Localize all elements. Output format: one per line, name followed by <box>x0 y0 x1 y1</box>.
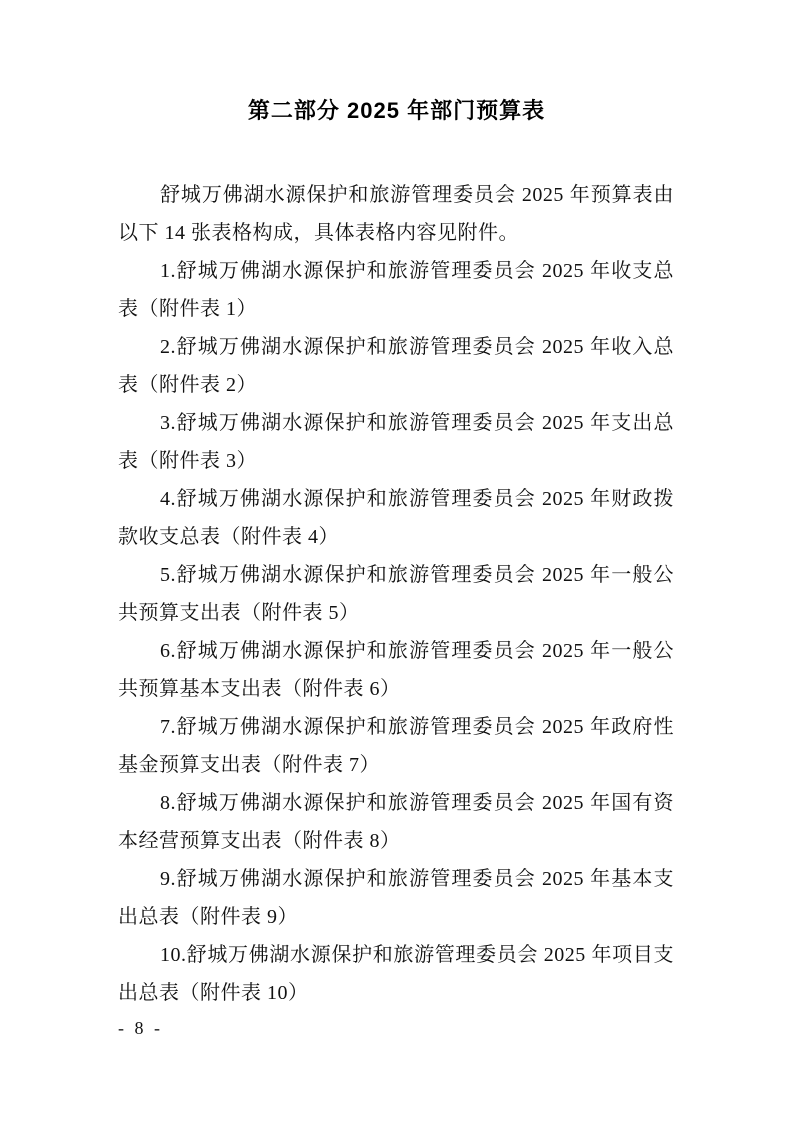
list-item-1: 1.舒城万佛湖水源保护和旅游管理委员会 2025 年收支总表（附件表 1） <box>118 252 674 328</box>
page-number: - 8 - <box>118 1014 163 1042</box>
list-item-5: 5.舒城万佛湖水源保护和旅游管理委员会 2025 年一般公共预算支出表（附件表 … <box>118 556 674 632</box>
list-item-6: 6.舒城万佛湖水源保护和旅游管理委员会 2025 年一般公共预算基本支出表（附件… <box>118 632 674 708</box>
document-page: 第二部分 2025 年部门预算表 舒城万佛湖水源保护和旅游管理委员会 2025 … <box>0 0 793 1122</box>
list-item-4: 4.舒城万佛湖水源保护和旅游管理委员会 2025 年财政拨款收支总表（附件表 4… <box>118 480 674 556</box>
intro-paragraph: 舒城万佛湖水源保护和旅游管理委员会 2025 年预算表由以下 14 张表格构成，… <box>118 176 674 252</box>
list-item-7: 7.舒城万佛湖水源保护和旅游管理委员会 2025 年政府性基金预算支出表（附件表… <box>118 708 674 784</box>
page-title: 第二部分 2025 年部门预算表 <box>0 96 793 126</box>
list-item-8: 8.舒城万佛湖水源保护和旅游管理委员会 2025 年国有资本经营预算支出表（附件… <box>118 784 674 860</box>
list-item-10: 10.舒城万佛湖水源保护和旅游管理委员会 2025 年项目支出总表（附件表 10… <box>118 936 674 1012</box>
list-item-2: 2.舒城万佛湖水源保护和旅游管理委员会 2025 年收入总表（附件表 2） <box>118 328 674 404</box>
list-item-9: 9.舒城万佛湖水源保护和旅游管理委员会 2025 年基本支出总表（附件表 9） <box>118 860 674 936</box>
document-body: 舒城万佛湖水源保护和旅游管理委员会 2025 年预算表由以下 14 张表格构成，… <box>0 176 793 1012</box>
list-item-3: 3.舒城万佛湖水源保护和旅游管理委员会 2025 年支出总表（附件表 3） <box>118 404 674 480</box>
